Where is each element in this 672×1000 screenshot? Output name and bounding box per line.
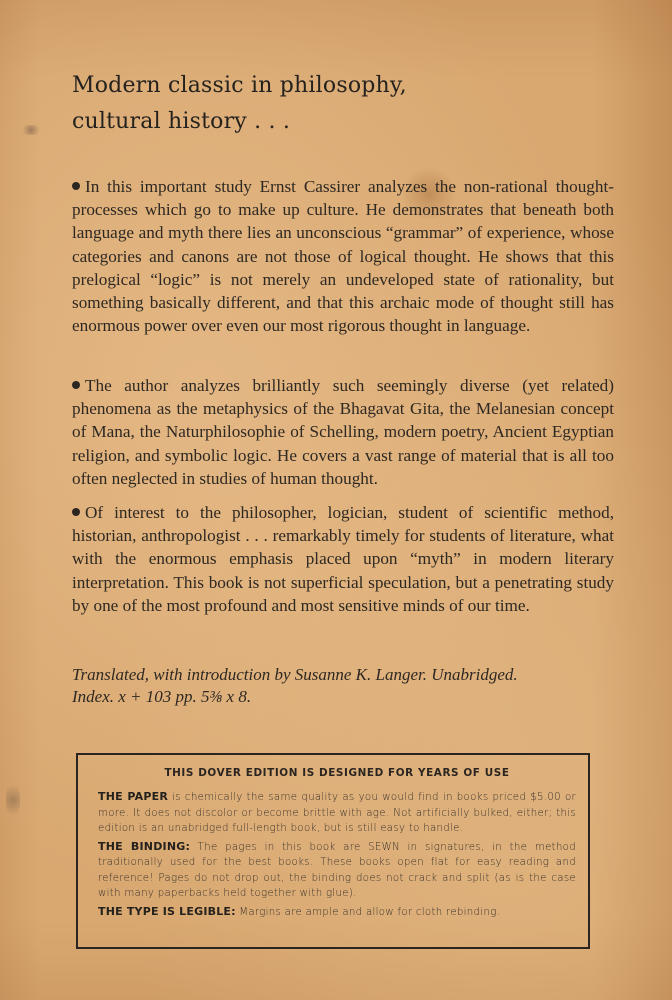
description-paragraph: In this important study Ernst Cassirer a… bbox=[72, 175, 614, 337]
dover-edition-box: THIS DOVER EDITION IS DESIGNED FOR YEARS… bbox=[76, 753, 590, 949]
paragraph-text: The author analyzes brilliantly such see… bbox=[72, 376, 614, 488]
book-back-cover: Modern classic in philosophy, cultural h… bbox=[0, 0, 672, 1000]
bullet-icon bbox=[72, 508, 80, 516]
headline-line-1: Modern classic in philosophy, bbox=[72, 68, 407, 104]
headline: Modern classic in philosophy, cultural h… bbox=[72, 68, 407, 140]
paper-stain bbox=[6, 780, 20, 820]
dover-item-paper: THE PAPER is chemically the same quality… bbox=[98, 789, 576, 837]
bullet-icon bbox=[72, 182, 80, 190]
paper-stain bbox=[20, 125, 42, 135]
translation-note: Translated, with introduction by Susanne… bbox=[72, 664, 614, 708]
bullet-icon bbox=[72, 381, 80, 389]
dover-item-binding: THE BINDING: The pages in this book are … bbox=[98, 839, 576, 902]
dover-item-label: THE PAPER bbox=[98, 790, 168, 803]
paragraph-text: In this important study Ernst Cassirer a… bbox=[72, 177, 614, 335]
dover-item-text: is chemically the same quality as you wo… bbox=[98, 792, 576, 834]
paragraph-text: Of interest to the philosopher, logician… bbox=[72, 503, 614, 615]
book-specs: Index. x + 103 pp. 5⅜ x 8. bbox=[72, 686, 614, 708]
dover-item-text: Margins are ample and allow for cloth re… bbox=[236, 907, 500, 918]
dover-item-label: THE BINDING: bbox=[98, 840, 190, 853]
headline-line-2: cultural history . . . bbox=[72, 104, 407, 140]
dover-item-type: THE TYPE IS LEGIBLE: Margins are ample a… bbox=[98, 904, 576, 921]
description-paragraph: Of interest to the philosopher, logician… bbox=[72, 501, 614, 617]
dover-item-label: THE TYPE IS LEGIBLE: bbox=[98, 905, 236, 918]
translation-credit: Translated, with introduction by Susanne… bbox=[72, 665, 518, 684]
description-paragraph: The author analyzes brilliantly such see… bbox=[72, 374, 614, 490]
dover-box-title: THIS DOVER EDITION IS DESIGNED FOR YEARS… bbox=[98, 767, 576, 779]
